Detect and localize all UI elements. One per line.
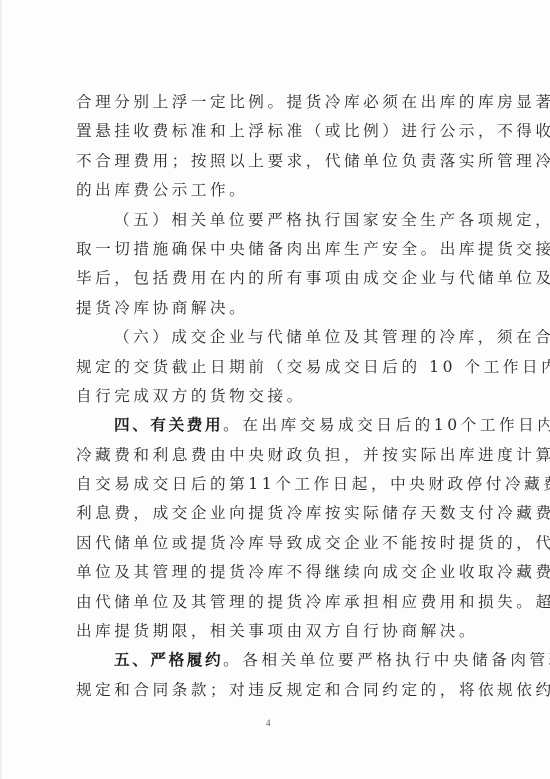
section-heading: 五、严格履约 (114, 651, 223, 669)
text-line: 自行完成双方的货物交接。 (76, 382, 466, 411)
text-line: 因代储单位或提货冷库导致成交企业不能按时提货的，代储 (76, 529, 466, 558)
text-line: （五）相关单位要严格执行国家安全生产各项规定，采 (76, 206, 466, 235)
text-line: （六）成交企业与代储单位及其管理的冷库，须在合同 (76, 323, 466, 352)
text-line: 单位及其管理的提货冷库不得继续向成交企业收取冷藏费， (76, 558, 466, 587)
paragraph-item-6: （六）成交企业与代储单位及其管理的冷库，须在合同 规定的交货截止日期前（交易成交… (76, 323, 466, 411)
scan-edge (0, 0, 3, 779)
text-line: 冷藏费和利息费由中央财政负担，并按实际出库进度计算。 (76, 441, 466, 470)
paragraph-continuation: 合理分别上浮一定比例。提货冷库必须在出库的库房显著位 置悬挂收费标准和上浮标准（… (76, 88, 466, 206)
section-heading: 四、有关费用 (114, 416, 223, 434)
page-number: 4 (266, 718, 271, 728)
text-line: 的出库费公示工作。 (76, 176, 466, 205)
section-first-line: 四、有关费用。在出库交易成交日后的10个工作日内， (76, 411, 466, 440)
document-page: 合理分别上浮一定比例。提货冷库必须在出库的库房显著位 置悬挂收费标准和上浮标准（… (0, 0, 550, 779)
text-span: 。各相关单位要严格执行中央储备肉管理 (223, 651, 550, 669)
text-line: 规定的交货截止日期前（交易成交日后的 10 个工作日内） (76, 353, 466, 382)
text-line: 不合理费用；按照以上要求，代储单位负责落实所管理冷库 (76, 147, 466, 176)
text-line: 由代储单位及其管理的提货冷库承担相应费用和损失。超过 (76, 588, 466, 617)
text-line: 合理分别上浮一定比例。提货冷库必须在出库的库房显著位 (76, 88, 466, 117)
text-line: 取一切措施确保中央储备肉出库生产安全。出库提货交接完 (76, 235, 466, 264)
text-line: 毕后，包括费用在内的所有事项由成交企业与代储单位及其 (76, 264, 466, 293)
text-line: 出库提货期限，相关事项由双方自行协商解决。 (76, 617, 466, 646)
text-line: 利息费，成交企业向提货冷库按实际储存天数支付冷藏费。 (76, 499, 466, 528)
section-first-line: 五、严格履约。各相关单位要严格执行中央储备肉管理 (76, 646, 466, 675)
section-fees: 四、有关费用。在出库交易成交日后的10个工作日内， 冷藏费和利息费由中央财政负担… (76, 411, 466, 646)
document-body: 合理分别上浮一定比例。提货冷库必须在出库的库房显著位 置悬挂收费标准和上浮标准（… (76, 88, 466, 705)
text-line: 规定和合同条款；对违反规定和合同约定的，将依规依约进 (76, 676, 466, 705)
section-compliance: 五、严格履约。各相关单位要严格执行中央储备肉管理 规定和合同条款；对违反规定和合… (76, 646, 466, 705)
text-span: 。在出库交易成交日后的10个工作日内， (223, 416, 550, 434)
paragraph-item-5: （五）相关单位要严格执行国家安全生产各项规定，采 取一切措施确保中央储备肉出库生… (76, 206, 466, 324)
text-line: 自交易成交日后的第11个工作日起，中央财政停付冷藏费和 (76, 470, 466, 499)
text-line: 提货冷库协商解决。 (76, 294, 466, 323)
text-line: 置悬挂收费标准和上浮标准（或比例）进行公示，不得收取 (76, 117, 466, 146)
